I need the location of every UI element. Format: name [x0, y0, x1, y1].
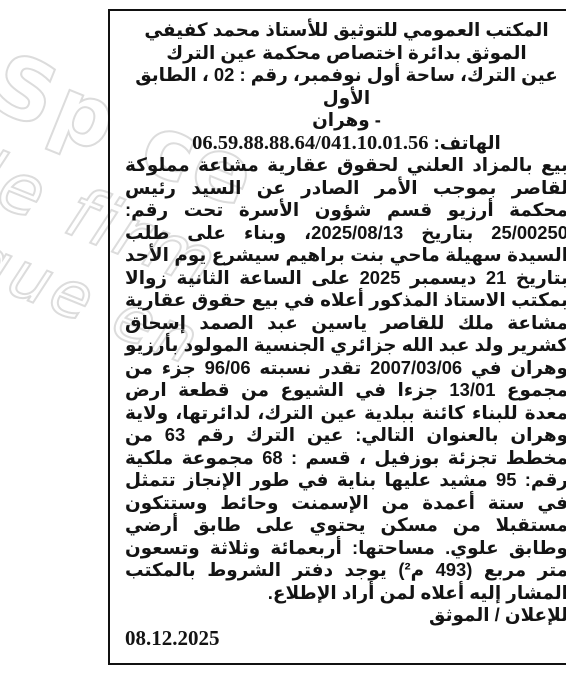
legal-notice-box: المكتب العمومي للتوثيق للأستاذ محمد كفيف…	[108, 9, 566, 665]
notice-date-wrap: 08.12.2025	[125, 627, 566, 650]
notary-jurisdiction: الموثق بدائرة اختصاص محكمة عين الترك	[125, 42, 566, 65]
auction-notice-body: بيع بالمزاد العلني لحقوق عقارية مشاعة مم…	[125, 154, 566, 604]
notice-signature: للإعلان / الموثق	[125, 604, 566, 627]
notary-office-title: المكتب العمومي للتوثيق للأستاذ محمد كفيف…	[125, 19, 566, 42]
legal-notice-text: المكتب العمومي للتوثيق للأستاذ محمد كفيف…	[125, 19, 566, 649]
notice-date: 08.12.2025	[125, 627, 566, 650]
phone-numbers: 06.59.88.88.64/041.10.01.56	[192, 132, 428, 154]
notary-address: عين الترك، ساحة أول نوفمبر، رقم : 02 ، ا…	[125, 64, 566, 109]
notary-city: - وهران	[125, 109, 566, 132]
phone-label: الهاتف:	[434, 132, 501, 153]
phone-line: الهاتف: 06.59.88.88.64/041.10.01.56	[125, 132, 566, 155]
